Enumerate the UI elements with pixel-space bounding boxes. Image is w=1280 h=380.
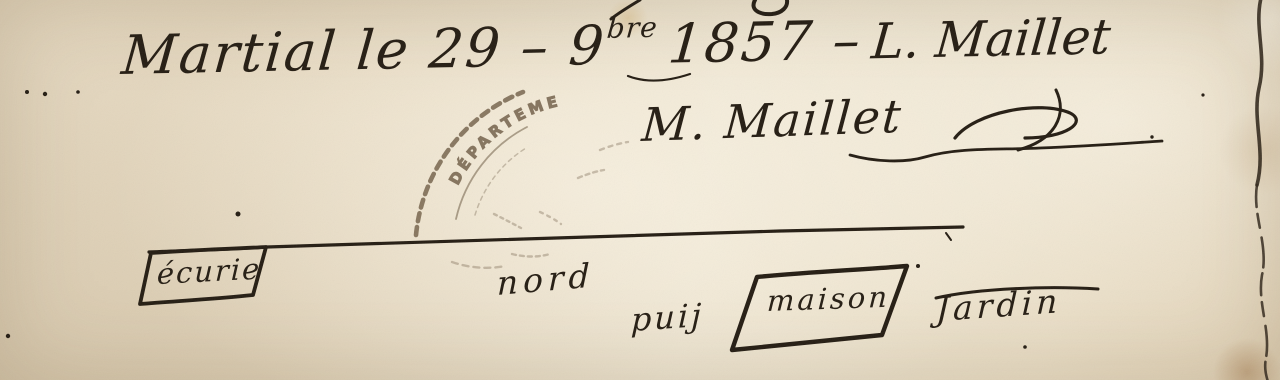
- year-text: 1857 –: [666, 8, 865, 75]
- nord-label: nord: [497, 255, 595, 303]
- signature-descender: [1018, 90, 1060, 150]
- stamp-inner-ring-2: [475, 148, 526, 215]
- puits-label: puij: [630, 296, 704, 339]
- jardin-label: Jardin: [935, 281, 1062, 329]
- paper-edge-crack-upper: [1257, 0, 1262, 185]
- signature-flourish-line: [850, 141, 1162, 161]
- signature-flourish-loop: [955, 108, 1076, 138]
- ink-tick: [946, 233, 951, 240]
- place-date-signature-line: Martial le 29 – 9bre1857 –L. Maillet: [119, 1, 1113, 87]
- stamp-outer-ring: [416, 92, 523, 235]
- paper-edge-crack-lower: [1256, 185, 1268, 380]
- departement-stamp: DÉPARTEME: [416, 92, 628, 268]
- stamp-inner-ring: [456, 127, 527, 219]
- ecurie-label: écurie: [156, 251, 261, 291]
- stamp-smudge-remnants: [452, 142, 628, 268]
- maison-label: maison: [766, 280, 891, 318]
- scanned-document-paper: DÉPARTEME: [0, 0, 1280, 380]
- boundary-line: [149, 227, 963, 252]
- stamp-text: DÉPARTEME: [446, 92, 564, 188]
- place-date-text: Martial le 29 – 9: [119, 14, 608, 87]
- signature-l-maillet: L. Maillet: [869, 8, 1113, 70]
- month-abbreviation-superscript: bre: [606, 11, 660, 45]
- countersignature-m-maillet: M. Maillet: [640, 89, 904, 152]
